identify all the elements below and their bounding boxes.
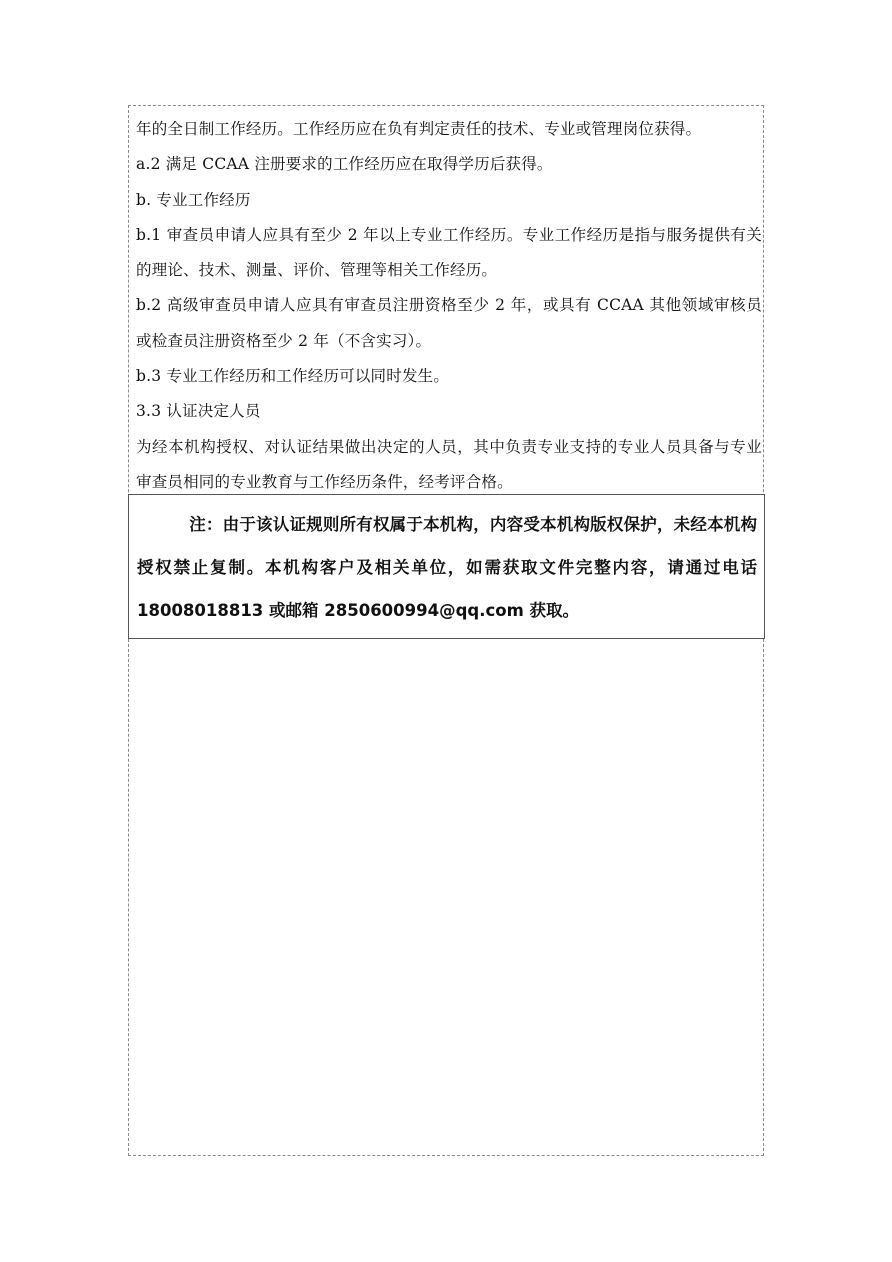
paragraph-a2: a.2 满足 CCAA 注册要求的工作经历应在取得学历后获得。 [136,147,762,182]
heading-3-3-decision-personnel: 3.3 认证决定人员 [136,394,762,429]
copyright-note: 注：由于该认证规则所有权属于本机构，内容受本机构版权保护，未经本机构授权禁止复制… [137,503,757,632]
paragraph-b3: b.3 专业工作经历和工作经历可以同时发生。 [136,359,762,394]
heading-b-professional-experience: b. 专业工作经历 [136,183,762,218]
copyright-note-text: 注：由于该认证规则所有权属于本机构，内容受本机构版权保护，未经本机构授权禁止复制… [137,515,757,620]
document-body: 年的全日制工作经历。工作经历应在负有判定责任的技术、专业或管理岗位获得。 a.2… [136,112,762,500]
paragraph-work-experience-continued: 年的全日制工作经历。工作经历应在负有判定责任的技术、专业或管理岗位获得。 [136,112,762,147]
paragraph-b2: b.2 高级审查员申请人应具有审查员注册资格至少 2 年，或具有 CCAA 其他… [136,288,762,359]
paragraph-b1: b.1 审查员申请人应具有至少 2 年以上专业工作经历。专业工作经历是指与服务提… [136,218,762,289]
copyright-note-box: 注：由于该认证规则所有权属于本机构，内容受本机构版权保护，未经本机构授权禁止复制… [128,494,765,639]
paragraph-decision-personnel: 为经本机构授权、对认证结果做出决定的人员，其中负责专业支持的专业人员具备与专业审… [136,430,762,501]
